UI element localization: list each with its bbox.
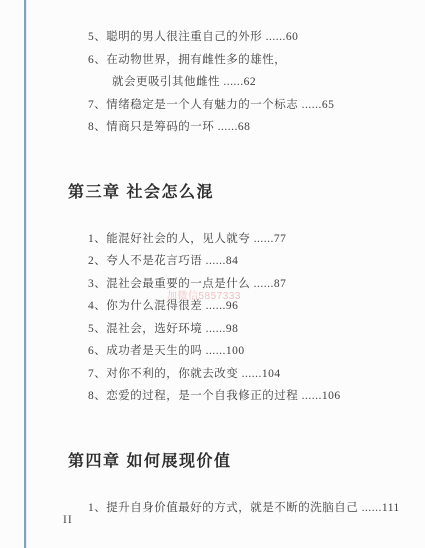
toc-entry-line: 7、情绪稳定是一个人有魅力的一个标志 ......65 — [88, 94, 420, 117]
toc-entry-line: 8、恋爱的过程，是一个自我修正的过程 ......106 — [88, 385, 420, 408]
page-spine-line — [24, 0, 26, 548]
toc-entry-line: 6、成功者是天生的吗 ......100 — [88, 340, 420, 363]
toc-entry-line: 1、提升自身价值最好的方式，就是不断的洗脑自己 ......111 — [88, 497, 420, 520]
toc-entry-line: 8、情商只是筹码的一环 ......68 — [88, 116, 420, 139]
toc-section: 5、聪明的男人很注重自己的外形 ......606、在动物世界，拥有雌性多的雄性… — [68, 26, 420, 139]
chapter-item-list: 5、聪明的男人很注重自己的外形 ......606、在动物世界，拥有雌性多的雄性… — [68, 26, 420, 139]
toc-section: 第三章 社会怎么混1、能混好社会的人，见人就夸 ......772、夸人不是花言… — [68, 180, 420, 408]
table-of-contents: 5、聪明的男人很注重自己的外形 ......606、在动物世界，拥有雌性多的雄性… — [68, 0, 420, 519]
chapter-item-list: 1、能混好社会的人，见人就夸 ......772、夸人不是花言巧语 ......… — [68, 228, 420, 408]
chapter-title: 第四章 如何展现价值 — [68, 449, 420, 475]
chapter-title: 第三章 社会怎么混 — [68, 180, 420, 206]
toc-section: 第四章 如何展现价值1、提升自身价值最好的方式，就是不断的洗脑自己 ......… — [68, 449, 420, 520]
toc-entry-line: 3、混社会最重要的一点是什么 ......87 — [88, 273, 420, 296]
book-page: 加微信5857333 5、聪明的男人很注重自己的外形 ......606、在动物… — [0, 0, 425, 548]
toc-entry-line: 7、对你不利的，你就去改变 ......104 — [88, 363, 420, 386]
toc-entry-line: 2、夸人不是花言巧语 ......84 — [88, 250, 420, 273]
toc-entry-line: 4、你为什么混得很差 ......96 — [88, 295, 420, 318]
toc-entry-line: 1、能混好社会的人，见人就夸 ......77 — [88, 228, 420, 251]
chapter-item-list: 1、提升自身价值最好的方式，就是不断的洗脑自己 ......111 — [68, 497, 420, 520]
toc-entry-line: 5、聪明的男人很注重自己的外形 ......60 — [88, 26, 420, 49]
toc-entry-line: 就会更吸引其他雌性 ......62 — [88, 71, 420, 94]
page-number: II — [63, 514, 73, 526]
toc-entry-line: 5、混社会，选好环境 ......98 — [88, 318, 420, 341]
toc-entry-line: 6、在动物世界，拥有雌性多的雄性， — [88, 49, 420, 72]
